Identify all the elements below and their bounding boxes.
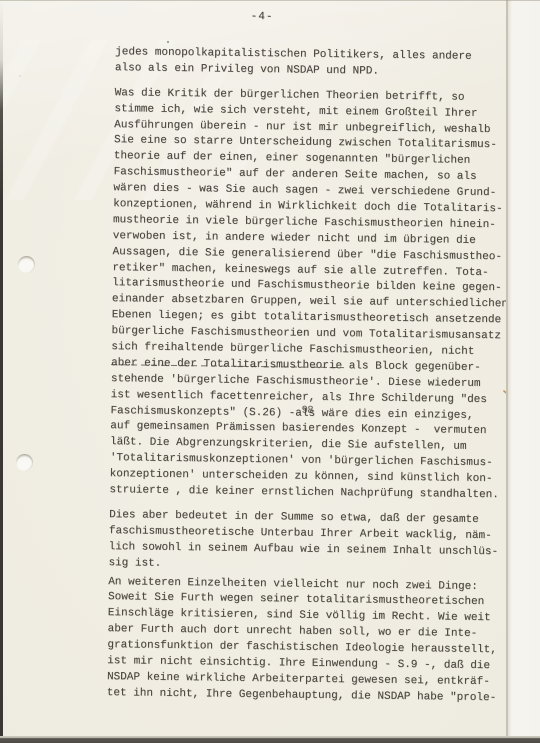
paper-right-edge (506, 0, 508, 743)
scanned-document-page: -4- jedes monopolkapitalistischen Politi… (0, 0, 540, 743)
scan-edge-bottom (0, 736, 540, 743)
punch-hole-top (18, 256, 35, 273)
paragraph-2: Was die Kritik der bürgerlichen Theorien… (109, 86, 514, 504)
paper-sheet: -4- jedes monopolkapitalistischen Politi… (0, 0, 508, 743)
paragraph-1: jedes monopolkapitalistischen Politikers… (115, 45, 515, 82)
scanner-background (508, 0, 540, 743)
scan-edge-left (0, 0, 3, 743)
letter-body: jedes monopolkapitalistischen Politikers… (107, 45, 516, 707)
paragraph-3: Dies aber bedeutet in der Summe so etwa,… (108, 508, 509, 577)
overstrike-correction: 98 (301, 404, 313, 416)
scan-edge-top (0, 0, 540, 1)
typewritten-text-block: -4- jedes monopolkapitalistischen Politi… (0, 0, 513, 743)
paragraph-4: An weiteren Einzelheiten vielleicht nur … (107, 575, 509, 707)
punch-hole-bottom (16, 454, 33, 471)
page-number: -4- (251, 11, 274, 23)
